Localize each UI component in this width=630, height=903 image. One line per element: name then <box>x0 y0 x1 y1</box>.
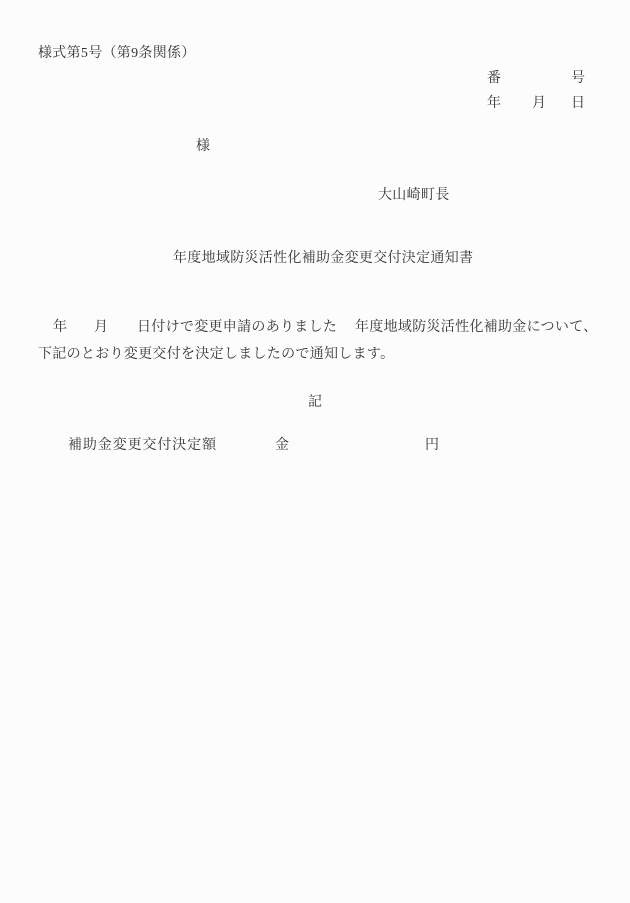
body-line1-year-label: 年 <box>53 320 67 335</box>
amount-unit: 円 <box>425 438 439 453</box>
date-day-label: 日 <box>571 96 585 111</box>
form-number: 様式第5号（第9条関係） <box>38 46 196 61</box>
amount-currency-prefix: 金 <box>275 438 289 453</box>
amount-label: 補助金変更交付決定額 <box>68 438 217 453</box>
doc-number-label: 番 <box>487 71 501 86</box>
sender-name: 大山崎町長 <box>378 188 450 203</box>
body-line1-text-b: 年度地域防災活性化補助金について、 <box>355 320 598 335</box>
body-line1-text-a: 日付けで変更申請のありました <box>137 320 337 335</box>
addressee-honorific: 様 <box>196 139 210 154</box>
body-line1-month-label: 月 <box>94 320 108 335</box>
document-title: 年度地域防災活性化補助金変更交付決定通知書 <box>173 251 473 266</box>
date-year-label: 年 <box>487 96 501 111</box>
date-month-label: 月 <box>532 96 546 111</box>
doc-number-unit: 号 <box>571 71 585 86</box>
body-line2: 下記のとおり変更交付を決定しましたので通知します。 <box>38 347 394 362</box>
section-heading-ki: 記 <box>308 395 322 410</box>
document-page: 様式第5号（第9条関係） 番 号 年 月 日 様 大山崎町長 年度地域防災活性化… <box>0 0 630 903</box>
